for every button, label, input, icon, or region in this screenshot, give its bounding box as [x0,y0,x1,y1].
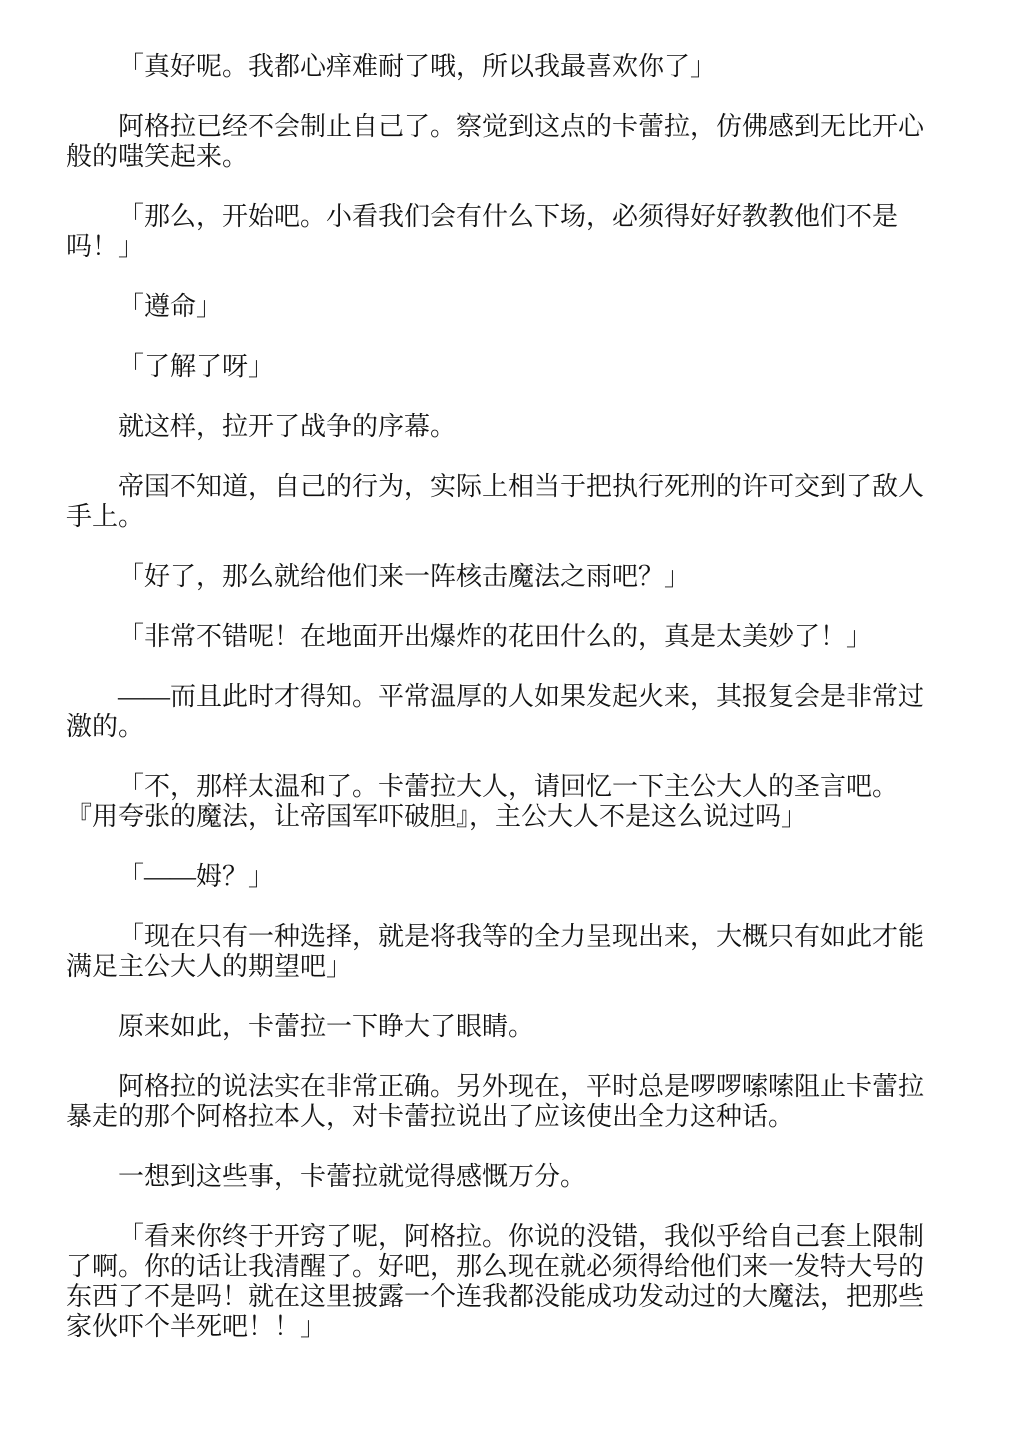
text-line: 东西了不是吗！就在这里披露一个连我都没能成功发动过的大魔法，把那些 [66,1282,946,1312]
text-line: 原来如此，卡蕾拉一下睁大了眼睛。 [66,1012,946,1042]
paragraph-9: 「非常不错呢！在地面开出爆炸的花田什么的，真是太美妙了！」 [66,622,946,652]
text-line: 一想到这些事，卡蕾拉就觉得感慨万分。 [66,1162,946,1192]
text-line: 阿格拉的说法实在非常正确。另外现在，平时总是啰啰嗦嗦阻止卡蕾拉 [66,1072,946,1102]
text-line: 帝国不知道，自己的行为，实际上相当于把执行死刑的许可交到了敌人 [66,472,946,502]
text-line: 『用夸张的魔法，让帝国军吓破胆』，主公大人不是这么说过吗」 [66,802,946,832]
paragraph-4: 「遵命」 [66,292,946,322]
text-line: 暴走的那个阿格拉本人，对卡蕾拉说出了应该使出全力这种话。 [66,1102,946,1132]
text-line: 「看来你终于开窍了呢，阿格拉。你说的没错，我似乎给自己套上限制 [66,1222,946,1252]
text-line: 家伙吓个半死吧！！」 [66,1312,946,1342]
text-line: 「现在只有一种选择，就是将我等的全力呈现出来，大概只有如此才能 [66,922,946,952]
paragraph-5: 「了解了呀」 [66,352,946,382]
text-line: 手上。 [66,502,946,532]
text-line: 「遵命」 [66,292,946,322]
paragraph-15: 阿格拉的说法实在非常正确。另外现在，平时总是啰啰嗦嗦阻止卡蕾拉 暴走的那个阿格拉… [66,1072,946,1132]
paragraph-11: 「不，那样太温和了。卡蕾拉大人，请回忆一下主公大人的圣言吧。 『用夸张的魔法，让… [66,772,946,832]
paragraph-6: 就这样，拉开了战争的序幕。 [66,412,946,442]
text-line: ——而且此时才得知。平常温厚的人如果发起火来，其报复会是非常过 [66,682,946,712]
paragraph-13: 「现在只有一种选择，就是将我等的全力呈现出来，大概只有如此才能 满足主公大人的期… [66,922,946,982]
paragraph-14: 原来如此，卡蕾拉一下睁大了眼睛。 [66,1012,946,1042]
text-line: 吗！」 [66,232,946,262]
paragraph-7: 帝国不知道，自己的行为，实际上相当于把执行死刑的许可交到了敌人 手上。 [66,472,946,532]
text-line: 就这样，拉开了战争的序幕。 [66,412,946,442]
text-line: 「了解了呀」 [66,352,946,382]
paragraph-16: 一想到这些事，卡蕾拉就觉得感慨万分。 [66,1162,946,1192]
document-page: 「真好呢。我都心痒难耐了哦，所以我最喜欢你了」 阿格拉已经不会制止自己了。察觉到… [66,52,946,1372]
text-line: 了啊。你的话让我清醒了。好吧，那么现在就必须得给他们来一发特大号的 [66,1252,946,1282]
text-line: 「不，那样太温和了。卡蕾拉大人，请回忆一下主公大人的圣言吧。 [66,772,946,802]
text-line: 激的。 [66,712,946,742]
paragraph-3: 「那么，开始吧。小看我们会有什么下场，必须得好好教教他们不是 吗！」 [66,202,946,262]
paragraph-1: 「真好呢。我都心痒难耐了哦，所以我最喜欢你了」 [66,52,946,82]
paragraph-17: 「看来你终于开窍了呢，阿格拉。你说的没错，我似乎给自己套上限制 了啊。你的话让我… [66,1222,946,1342]
text-line: 「非常不错呢！在地面开出爆炸的花田什么的，真是太美妙了！」 [66,622,946,652]
text-line: 「好了，那么就给他们来一阵核击魔法之雨吧？」 [66,562,946,592]
paragraph-12: 「——姆？」 [66,862,946,892]
paragraph-10: ——而且此时才得知。平常温厚的人如果发起火来，其报复会是非常过 激的。 [66,682,946,742]
text-line: 阿格拉已经不会制止自己了。察觉到这点的卡蕾拉，仿佛感到无比开心 [66,112,946,142]
text-line: 「——姆？」 [66,862,946,892]
text-line: 「那么，开始吧。小看我们会有什么下场，必须得好好教教他们不是 [66,202,946,232]
paragraph-2: 阿格拉已经不会制止自己了。察觉到这点的卡蕾拉，仿佛感到无比开心 般的嗤笑起来。 [66,112,946,172]
text-line: 般的嗤笑起来。 [66,142,946,172]
paragraph-8: 「好了，那么就给他们来一阵核击魔法之雨吧？」 [66,562,946,592]
text-line: 「真好呢。我都心痒难耐了哦，所以我最喜欢你了」 [66,52,946,82]
text-line: 满足主公大人的期望吧」 [66,952,946,982]
